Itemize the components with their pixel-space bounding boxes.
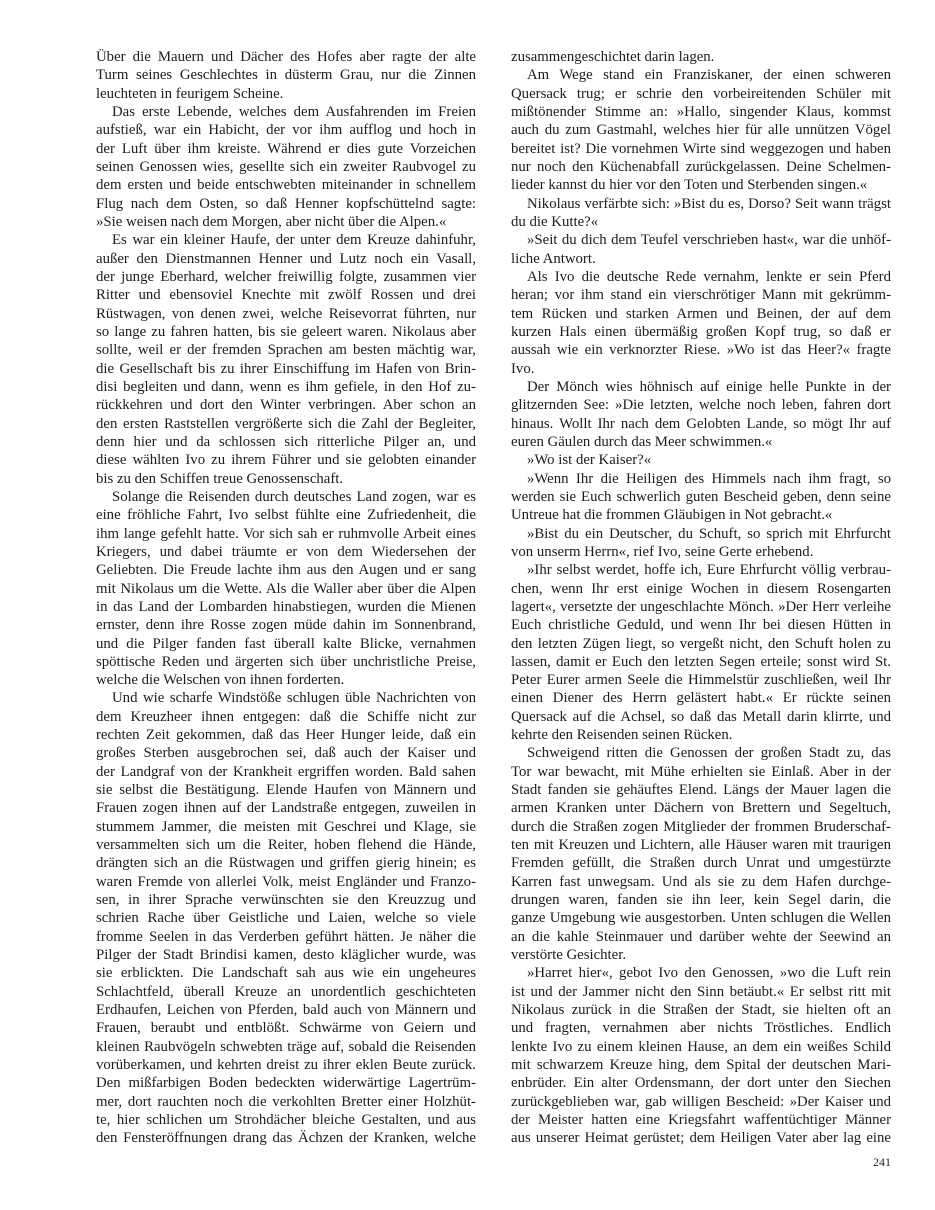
text-line: rückkehren und dort den Winter verbringe…	[96, 396, 476, 414]
text-line: »Sie weisen nach dem Morgen, aber nicht …	[96, 213, 476, 231]
text-line: Nikolaus verfärbte sich: »Bist du es, Do…	[511, 195, 891, 213]
text-line: aus unserer Heimat gerüstet; dem Heilige…	[511, 1129, 891, 1147]
text-line: sie selbst die Bestätigung. Elende Haufe…	[96, 781, 476, 799]
text-line: rechten Zeit gekommen, daß das Heer Hung…	[96, 726, 476, 744]
text-line: aufstieß, war ein Habicht, der vor ihm a…	[96, 121, 476, 139]
text-line: drängten sich an die Rüstwagen und griff…	[96, 854, 476, 872]
right-text-column: zusammengeschichtet darin lagen. Am Wege…	[511, 48, 891, 1148]
text-line: Erdhaufen, Leichen von Pferden, bald auc…	[96, 1001, 476, 1019]
text-line: der Landgraf von der Krankheit ergriffen…	[96, 763, 476, 781]
text-line: Schweigend ritten die Genossen der große…	[511, 744, 891, 762]
text-line: dem ersten und beide entschwebten mitein…	[96, 176, 476, 194]
text-line: bereitet ist? Die vornehmen Wirte sind w…	[511, 140, 891, 158]
text-line: ist und der Jammer nicht den Sinn betäub…	[511, 983, 891, 1001]
text-line: von unserm Herrn«, rief Ivo, seine Gerte…	[511, 543, 891, 561]
text-line: Stadt fanden sie gehäuftes Elend. Längs …	[511, 781, 891, 799]
left-text-column: Über die Mauern und Dächer des Hofes abe…	[96, 48, 476, 1148]
book-page: Über die Mauern und Dächer des Hofes abe…	[0, 0, 935, 1210]
text-line: und die Pilger fanden fast überall kalte…	[96, 635, 476, 653]
text-line: lieder kannst du hier vor den Toten und …	[511, 176, 891, 194]
text-line: mit Nikolaus um die Wette. Als die Walle…	[96, 580, 476, 598]
text-line: Peter Eurer armen Seele die Himmelstür z…	[511, 671, 891, 689]
text-line: welche die Welschen von ihnen forderten.	[96, 671, 476, 689]
text-line: den letzten Zügen liegt, so vergeßt nich…	[511, 635, 891, 653]
text-line: liche Antwort.	[511, 250, 891, 268]
text-line: fromme Seelen in das Verderben geführt h…	[96, 928, 476, 946]
text-line: Flug nach dem Osten, so daß Henner kopfs…	[96, 195, 476, 213]
text-line: Rüstwagen, von denen zwei, welche Reisev…	[96, 305, 476, 323]
text-line: drungen waren, fanden sie ihn leer, kein…	[511, 891, 891, 909]
text-line: außer den Dienstmannen Henner und Lutz n…	[96, 250, 476, 268]
text-line: Fremden gefüllt, die Straßen durch Unrat…	[511, 854, 891, 872]
text-line: mer, dort rauchten noch die verkohlten B…	[96, 1093, 476, 1111]
page-number: 241	[873, 1155, 891, 1169]
text-line: einen Diener des Herrn gelästert habt.« …	[511, 689, 891, 707]
text-line: Tor war bewacht, mit Mühe erhielten sie …	[511, 763, 891, 781]
text-line: Nikolaus zurück in die Straßen der Stadt…	[511, 1001, 891, 1019]
text-line: Frauen zogen ihnen auf der Landstraße en…	[96, 799, 476, 817]
text-line: großes Sterben ausgebrochen sei, daß auc…	[96, 744, 476, 762]
text-line: kleinen Raubvögeln schwebten träge auf, …	[96, 1038, 476, 1056]
text-line: zurückgeblieben war, gab willigen Besche…	[511, 1093, 891, 1111]
text-line: sie erblickten. Die Landschaft sah aus w…	[96, 964, 476, 982]
text-line: ernster, denn ihre Rosse zogen müde dahi…	[96, 616, 476, 634]
text-line: Frauen, beraubt und entblößt. Schwärme v…	[96, 1019, 476, 1037]
text-line: dem Kreuzheer ihnen entgegen: daß die Sc…	[96, 708, 476, 726]
text-line: auch du zum Gastmahl, welches hier für a…	[511, 121, 891, 139]
text-line: Schlachtfeld, überall Kreuze an unordent…	[96, 983, 476, 1001]
text-line: Turm seines Geschlechtes in düsterm Grau…	[96, 66, 476, 84]
text-line: glitzernden See: »Die letzten, welche no…	[511, 396, 891, 414]
text-line: enbrüder. Ein alter Ordensmann, der dort…	[511, 1074, 891, 1092]
text-line: Ritter und ebensoviel Knechte mit zwölf …	[96, 286, 476, 304]
text-line: und fragten, vernahmen aber nichts Tröst…	[511, 1019, 891, 1037]
text-line: Es war ein kleiner Haufe, der unter dem …	[96, 231, 476, 249]
text-line: bis zu den Schiffen treue Genossenschaft…	[96, 470, 476, 488]
text-line: aussah wie ein verknorzter Riese. »Wo is…	[511, 341, 891, 359]
text-line: Und wie scharfe Windstöße schlugen üble …	[96, 689, 476, 707]
text-line: sen, in ihrer Sprache verwünschten sie d…	[96, 891, 476, 909]
text-line: versammelten sich um die Reiter, hoben f…	[96, 836, 476, 854]
text-line: nur noch den Küchenabfall zurückgelassen…	[511, 158, 891, 176]
text-line: Ivo.	[511, 360, 891, 378]
text-line: Den mißfarbigen Boden bedeckten widerwär…	[96, 1074, 476, 1092]
text-line: Das erste Lebende, welches dem Ausfahren…	[96, 103, 476, 121]
text-line: die Gesellschaft bis zu ihrer Einschiffu…	[96, 360, 476, 378]
text-line: disi begleiten und dann, wenn es ihm gef…	[96, 378, 476, 396]
text-line: tem Rücken und starken Armen und Beinen,…	[511, 305, 891, 323]
text-line: verstörte Gesichter.	[511, 946, 891, 964]
text-line: Quersack auf die Achsel, so daß das Meta…	[511, 708, 891, 726]
text-line: euren Gäulen durch das Meer schwimmen.«	[511, 433, 891, 451]
text-line: chen, wenn Ihr erst einige Wochen in die…	[511, 580, 891, 598]
text-line: Euch christliche Geduld, und wenn Ihr be…	[511, 616, 891, 634]
text-line: »Wo ist der Kaiser?«	[511, 451, 891, 469]
text-line: heran; vor ihm stand ein vierschrötiger …	[511, 286, 891, 304]
text-line: der Luft über ihm kreiste. Während er di…	[96, 140, 476, 158]
text-line: Kriegers, und dabei träumte er von dem W…	[96, 543, 476, 561]
text-line: lassen, damit er Euch den letzten Segen …	[511, 653, 891, 671]
text-line: ten mit Kreuzen und Lichtern, alle Häuse…	[511, 836, 891, 854]
text-line: ganze Umgebung wie ausgestorben. Unten s…	[511, 909, 891, 927]
text-line: kehrte den Reisenden seinen Rücken.	[511, 726, 891, 744]
text-line: lagert«, versetzte der ungeschlachte Mön…	[511, 598, 891, 616]
text-line: te, hier schlichen um Strohdächer bleich…	[96, 1111, 476, 1129]
text-line: eine fröhliche Fahrt, Ivo selbst fühlte …	[96, 506, 476, 524]
text-line: den Fensteröffnungen drang das Ächzen de…	[96, 1129, 476, 1147]
text-line: vorüberkamen, und kehrten dreist zu ihre…	[96, 1056, 476, 1074]
text-line: ihm lange gefehlt hatte. Vor sich sah er…	[96, 525, 476, 543]
text-line: sollte, weil er der fremden Sprachen am …	[96, 341, 476, 359]
text-line: zusammengeschichtet darin lagen.	[511, 48, 891, 66]
text-line: waren Fremde von allerlei Volk, meist En…	[96, 873, 476, 891]
text-line: denn hier und da schlossen sich ritterli…	[96, 433, 476, 451]
text-line: Solange die Reisenden durch deutsches La…	[96, 488, 476, 506]
text-line: du die Kutte?«	[511, 213, 891, 231]
text-line: spöttische Reden und ärgerten sich über …	[96, 653, 476, 671]
text-line: schrien Rache über Geistliche und Laien,…	[96, 909, 476, 927]
text-line: so lange zu fahren hatten, bis sie gelee…	[96, 323, 476, 341]
text-line: in das Land der Lombarden hinabstiegen, …	[96, 598, 476, 616]
text-line: der Meister hatten eine Kriegsfahrt waff…	[511, 1111, 891, 1129]
text-line: werden sie Euch schwerlich guten Beschei…	[511, 488, 891, 506]
text-line: »Wenn Ihr die Heiligen des Himmels nach …	[511, 470, 891, 488]
text-line: kurzen Hals einen übermäßig großen Kopf …	[511, 323, 891, 341]
text-line: Untreue hat die frommen Gläubigen in Not…	[511, 506, 891, 524]
text-line: Quersack trug; er schrie den vorbeireite…	[511, 85, 891, 103]
text-line: stummem Jammer, die meisten mit Geschrei…	[96, 818, 476, 836]
text-line: seinen Genossen wies, gesellte sich ein …	[96, 158, 476, 176]
text-line: »Ihr selbst werdet, hoffe ich, Eure Ehrf…	[511, 561, 891, 579]
text-line: mißtönender Stimme an: »Hallo, singender…	[511, 103, 891, 121]
text-line: lenkte Ivo zu einem kleinen Hause, an de…	[511, 1038, 891, 1056]
text-line: leuchteten in feurigem Scheine.	[96, 85, 476, 103]
text-line: hinaus. Wollt Ihr nach dem Gelobten Land…	[511, 415, 891, 433]
text-line: Geliebten. Die Freude lachte ihm aus den…	[96, 561, 476, 579]
text-line: »Seit du dich dem Teufel verschrieben ha…	[511, 231, 891, 249]
text-line: Pilger der Stadt Brindisi kamen, desto k…	[96, 946, 476, 964]
text-line: an die kahle Steinmauer und darüber weht…	[511, 928, 891, 946]
text-line: »Harret hier«, gebot Ivo den Genossen, »…	[511, 964, 891, 982]
text-line: Als Ivo die deutsche Rede vernahm, lenkt…	[511, 268, 891, 286]
text-line: armen Kranken unter Dächern von Brettern…	[511, 799, 891, 817]
text-line: der junge Eberhard, welcher freiwillig f…	[96, 268, 476, 286]
text-line: durch die Straßen zogen Mitglieder der f…	[511, 818, 891, 836]
text-line: »Bist du ein Deutscher, du Schuft, so sp…	[511, 525, 891, 543]
text-line: diese wählten Ivo zu ihrem Führer und si…	[96, 451, 476, 469]
text-line: Am Wege stand ein Franziskaner, der eine…	[511, 66, 891, 84]
text-line: den ersten Raststellen vergrößerte sich …	[96, 415, 476, 433]
text-line: Karren fast unwegsam. Und als sie zu dem…	[511, 873, 891, 891]
text-line: Über die Mauern und Dächer des Hofes abe…	[96, 48, 476, 66]
text-line: mit schwarzem Kreuze hing, dem Spital de…	[511, 1056, 891, 1074]
text-line: Der Mönch wies höhnisch auf einige helle…	[511, 378, 891, 396]
